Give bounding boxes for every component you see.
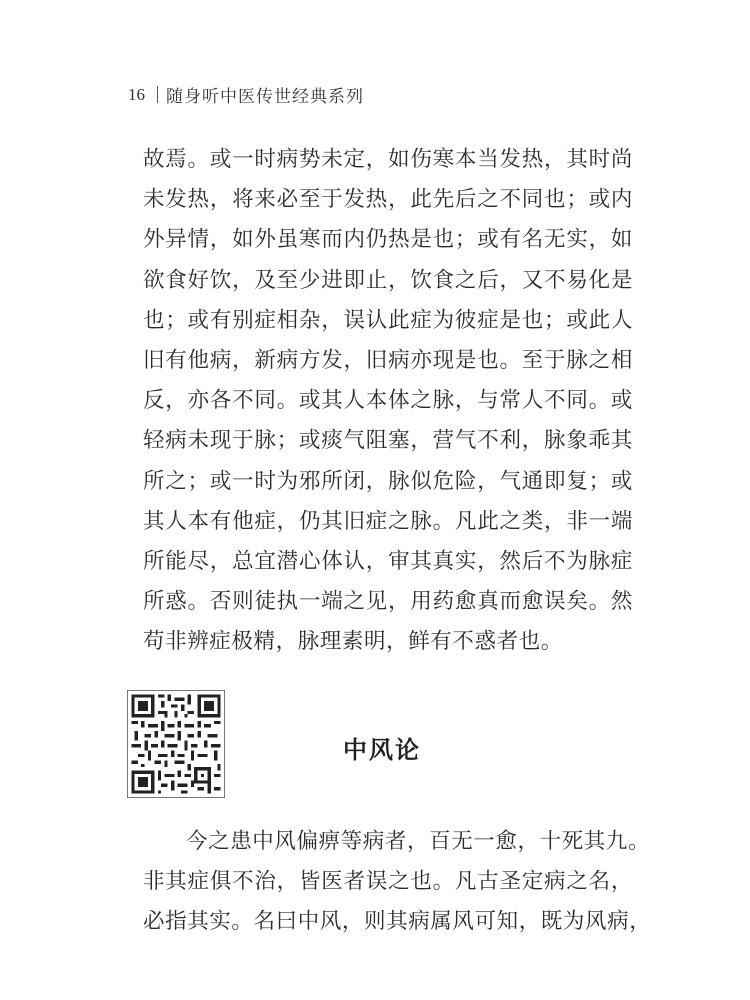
text-line: 也；或有别症相杂，误认此症为彼症是也；或此人 — [143, 301, 633, 341]
header-separator — [157, 86, 158, 103]
text-line: 所惑。否则徒执一端之见，用药愈真而愈误矣。然 — [143, 582, 633, 622]
text-line: 外异情，如外虽寒而内仍热是也；或有名无实，如 — [143, 220, 633, 260]
text-line: 旧有他病，新病方发，旧病亦现是也。至于脉之相 — [143, 341, 633, 381]
text-line: 欲食好饮，及至少进即止，饮食之后，又不易化是 — [143, 261, 633, 301]
text-line: 轻病未现于脉；或痰气阻塞，营气不利，脉象乖其 — [143, 421, 633, 461]
text-line: 今之患中风偏痹等病者，百无一愈，十死其九。 — [143, 822, 633, 862]
section-title: 中风论 — [343, 730, 421, 765]
series-title: 随身听中医传世经典系列 — [166, 82, 364, 107]
page-number: 16 — [128, 85, 145, 105]
text-line: 所之；或一时为邪所闭，脉似危险，气通即复；或 — [143, 462, 633, 502]
text-line: 苟非辨症极精，脉理素明，鲜有不惑者也。 — [143, 622, 633, 662]
qr-code-icon[interactable] — [127, 690, 225, 798]
paragraph-1: 故焉。或一时病势未定，如伤寒本当发热，其时尚 未发热，将来必至于发热，此先后之不… — [143, 140, 633, 662]
section-heading-block: 中风论 — [127, 690, 637, 800]
running-head: 16 随身听中医传世经典系列 — [128, 82, 364, 107]
text-line: 所能尽，总宜潜心体认，审其真实，然后不为脉症 — [143, 542, 633, 582]
text-line: 反，亦各不同。或其人本体之脉，与常人不同。或 — [143, 381, 633, 421]
text-line: 未发热，将来必至于发热，此先后之不同也；或内 — [143, 180, 633, 220]
text-line: 非其症俱不治，皆医者误之也。凡古圣定病之名， — [143, 862, 633, 902]
paragraph-2: 今之患中风偏痹等病者，百无一愈，十死其九。 非其症俱不治，皆医者误之也。凡古圣定… — [143, 822, 633, 943]
text-line: 故焉。或一时病势未定，如伤寒本当发热，其时尚 — [143, 140, 633, 180]
text-line: 必指其实。名曰中风，则其病属风可知，既为风病， — [143, 902, 633, 942]
text-line: 其人本有他症，仍其旧症之脉。凡此之类，非一端 — [143, 502, 633, 542]
